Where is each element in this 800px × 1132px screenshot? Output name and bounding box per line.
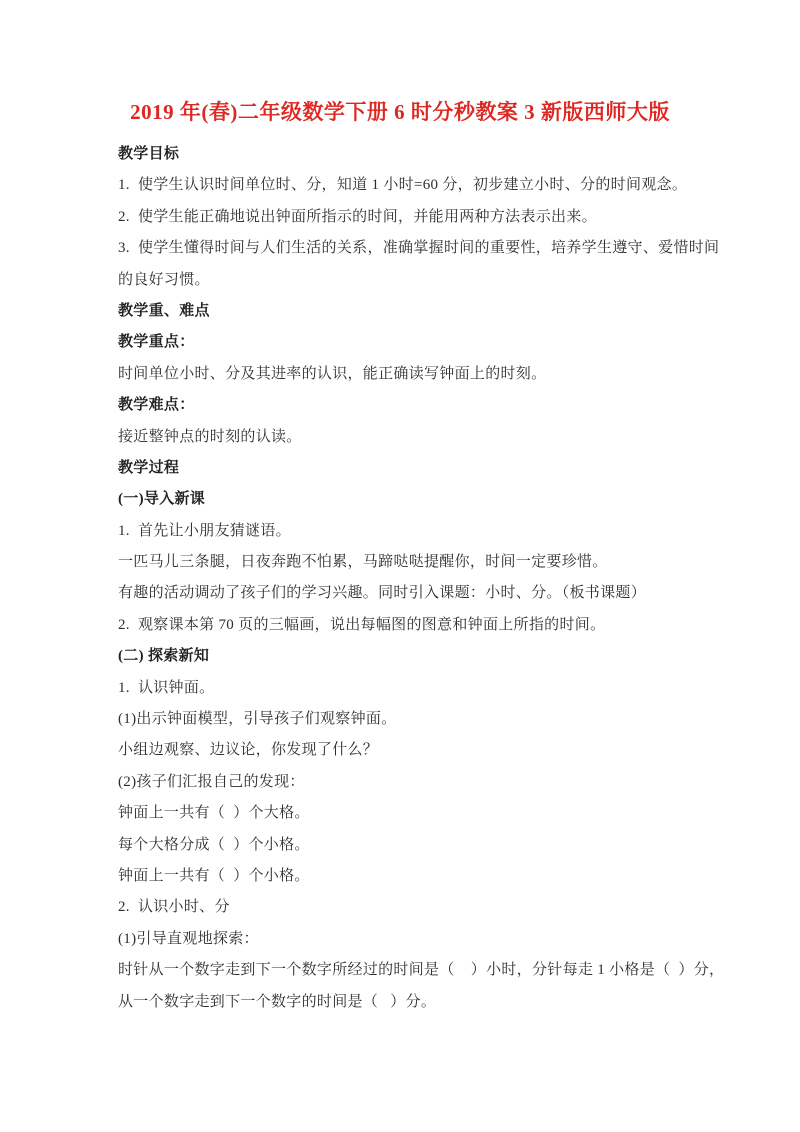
document-title: 2019 年(春)二年级数学下册 6 时分秒教案 3 新版西师大版: [0, 96, 800, 126]
doc-line: (1)出示钟面模型，引导孩子们观察钟面。: [118, 704, 758, 735]
doc-line: 一匹马儿三条腿，日夜奔跑不怕累，马蹄哒哒提醒你，时间一定要珍惜。: [118, 547, 758, 578]
doc-line: 时针从一个数字走到下一个数字所经过的时间是（ ）小时，分针每走 1 小格是（ ）…: [118, 955, 758, 986]
doc-line: 1. 认识钟面。: [118, 673, 758, 704]
doc-line: 钟面上一共有（ ）个大格。: [118, 798, 758, 829]
doc-line: (1)引导直观地探索：: [118, 924, 758, 955]
doc-line: 每个大格分成（ ）个小格。: [118, 830, 758, 861]
doc-line: 1. 使学生认识时间单位时、分，知道 1 小时=60 分，初步建立小时、分的时间…: [118, 170, 758, 201]
section-heading: (一)导入新课: [118, 484, 758, 515]
section-heading: 教学重点：: [118, 327, 758, 358]
doc-line: 时间单位小时、分及其进率的认识，能正确读写钟面上的时刻。: [118, 359, 758, 390]
doc-line: 2. 使学生能正确地说出钟面所指示的时间，并能用两种方法表示出来。: [118, 202, 758, 233]
doc-line: 接近整钟点的时刻的认读。: [118, 422, 758, 453]
doc-line: 的良好习惯。: [118, 265, 758, 296]
section-heading: 教学难点：: [118, 390, 758, 421]
document-body: 教学目标 1. 使学生认识时间单位时、分，知道 1 小时=60 分，初步建立小时…: [118, 139, 758, 1018]
section-heading: 教学重、难点: [118, 296, 758, 327]
section-heading: 教学目标: [118, 139, 758, 170]
doc-line: 小组边观察、边议论，你发现了什么？: [118, 735, 758, 766]
doc-line: (2)孩子们汇报自己的发现：: [118, 767, 758, 798]
doc-line: 钟面上一共有（ ）个小格。: [118, 861, 758, 892]
section-heading: 教学过程: [118, 453, 758, 484]
doc-line: 有趣的活动调动了孩子们的学习兴趣。同时引入课题：小时、分。（板书课题）: [118, 578, 758, 609]
doc-line: 2. 观察课本第 70 页的三幅画，说出每幅图的图意和钟面上所指的时间。: [118, 610, 758, 641]
section-heading: (二) 探索新知: [118, 641, 758, 672]
doc-line: 从一个数字走到下一个数字的时间是（ ）分。: [118, 987, 758, 1018]
doc-line: 1. 首先让小朋友猜谜语。: [118, 516, 758, 547]
document-page: 2019 年(春)二年级数学下册 6 时分秒教案 3 新版西师大版 教学目标 1…: [0, 0, 800, 1132]
doc-line: 2. 认识小时、分: [118, 892, 758, 923]
doc-line: 3. 使学生懂得时间与人们生活的关系，准确掌握时间的重要性，培养学生遵守、爱惜时…: [118, 233, 758, 264]
